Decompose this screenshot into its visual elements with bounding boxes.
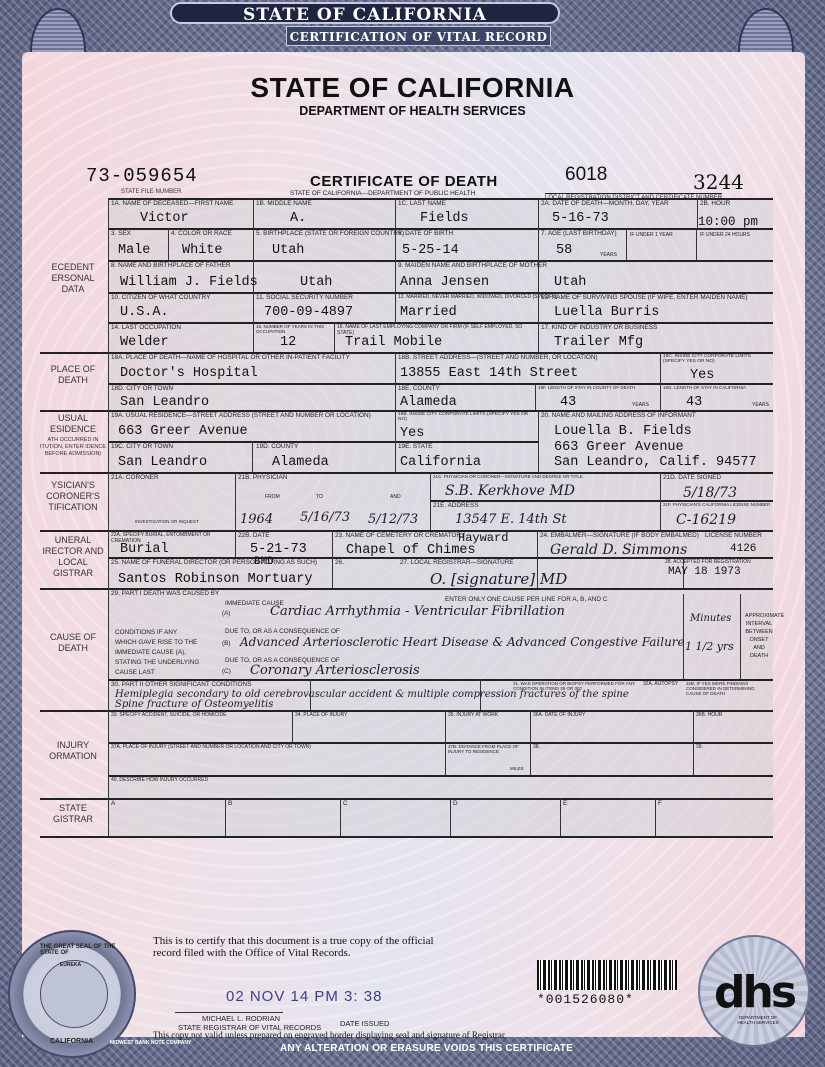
label-investigation: INVESTIGATION OR INQUEST	[135, 519, 199, 524]
label-license-number: 21f. PHYSICIAN'S CALIFORNIA LICENSE NUMB…	[663, 502, 770, 507]
seal-center	[40, 960, 108, 1028]
registrar-b: B	[228, 800, 232, 807]
registrar-c: C	[343, 800, 348, 807]
informant-street-value: 663 Greer Avenue	[554, 440, 684, 455]
rule	[538, 410, 539, 472]
hour-value: 10:00 pm	[698, 215, 758, 229]
label-injury-distance: 37b. DISTANCE FROM PLACE OF INJURY TO RE…	[448, 744, 528, 754]
label-physician-address: 21e. ADDRESS	[433, 502, 478, 509]
label-residence-city-limits: 19b. INSIDE CITY CORPORATE LIMITS (SPECI…	[398, 412, 536, 422]
label-father: 8. NAME AND BIRTHPLACE OF FATHER	[111, 262, 230, 269]
validity-note: This copy not valid unless prepared on e…	[153, 1030, 507, 1040]
label-26: 26.	[335, 559, 344, 566]
label-date-injury: 36a. DATE OF INJURY	[533, 712, 585, 718]
registrar-a: A	[111, 800, 115, 807]
label-injury-location: 37a. PLACE OF INJURY (STREET AND NUMBER …	[111, 744, 311, 750]
label-part-1: 29. PART I DEATH WAS CAUSED BY	[111, 590, 219, 597]
first-name-value: Victor	[140, 211, 189, 226]
residence-county-value: Alameda	[272, 455, 329, 470]
rule	[225, 798, 226, 836]
label-citizen: 10. CITIZEN OF WHAT COUNTRY	[111, 294, 210, 301]
certificate-number: 3244	[693, 170, 744, 194]
label-coroner: 21a. CORONER	[111, 474, 159, 481]
rule	[395, 352, 396, 472]
stay-california-value: 43	[686, 395, 702, 410]
state-file-number: 73-059654	[86, 165, 198, 187]
rule	[660, 352, 661, 410]
rule	[655, 798, 656, 836]
registrar-d: D	[453, 800, 458, 807]
label-under-24-hours: IF UNDER 24 HOURS	[700, 232, 750, 238]
label-accepted: 28. ACCEPTED FOR REGISTRATION	[665, 559, 751, 565]
sex-value: Male	[118, 243, 150, 258]
label-place-injury: 34. PLACE OF INJURY	[295, 712, 347, 718]
bank-note-label: MIDWEST BANK NOTE COMPANY	[110, 1040, 191, 1046]
label-residence-county: 19d. COUNTY	[256, 443, 298, 450]
stay-county-unit: YEARS	[632, 402, 649, 408]
label-to: TO	[316, 494, 323, 500]
registrar-signature-line	[175, 1012, 283, 1013]
label-disposition-date: 22b. DATE	[238, 532, 270, 539]
rule	[660, 472, 661, 530]
label-date-signed: 21d. DATE SIGNED	[663, 474, 721, 481]
date-signed-value: 5/18/73	[683, 485, 737, 501]
certify-line-1: This is to certify that this document is…	[153, 935, 434, 947]
label-embalmer: 24. EMBALMER—SIGNATURE (IF BODY EMBALMED…	[540, 532, 699, 539]
cause-c-value: Coronary Arteriosclerosis	[250, 663, 420, 678]
disposition-date-value: 5-21-73	[250, 542, 307, 557]
disposition-value: Burial	[120, 542, 169, 557]
section-injury: INJURY ORMATION	[40, 740, 106, 762]
father-birthplace-value: Utah	[300, 275, 332, 290]
funeral-director-initials: BMD	[254, 556, 274, 568]
informant-city-value: San Leandro, Calif. 94577	[554, 455, 757, 470]
label-from: FROM	[265, 494, 280, 500]
distance-unit: MILES	[510, 766, 524, 771]
label-cemetery: 23. NAME OF CEMETERY OR CREMATORY	[335, 532, 465, 539]
age-unit: YEARS	[600, 252, 617, 258]
label-ssn: 11. SOCIAL SECURITY NUMBER	[256, 294, 353, 301]
label-mother: 9. MAIDEN NAME AND BIRTHPLACE OF MOTHER	[398, 262, 547, 269]
rule	[253, 292, 254, 352]
section-state-registrar: STATE GISTRAR	[40, 803, 106, 825]
cause-a-interval: Minutes	[690, 613, 731, 624]
label-injury-description: 40. DESCRIBE HOW INJURY OCCURRED	[111, 777, 208, 783]
label-birthplace: 5. BIRTHPLACE (STATE OR FOREIGN COUNTRY)	[256, 230, 404, 237]
label-physician: 21b. PHYSICIAN	[238, 474, 287, 481]
label-spouse: 13. NAME OF SURVIVING SPOUSE (IF WIFE, E…	[541, 294, 748, 301]
seal-text-top: THE GREAT SEAL OF THE STATE OF	[40, 944, 134, 956]
california-seal-icon: THE GREAT SEAL OF THE STATE OF EUREKA CA…	[8, 930, 136, 1058]
rule	[445, 710, 446, 775]
cemetery-value: Chapel of Chimes	[346, 543, 476, 558]
accepted-date-value: MAY 18 1973	[668, 566, 741, 578]
page-title: STATE OF CALIFORNIA	[0, 72, 825, 104]
physician-signature: S.B. Kerkhove MD	[445, 483, 575, 499]
rule	[168, 228, 169, 260]
birthplace-value: Utah	[272, 243, 304, 258]
label-stay-county: 18f. LENGTH OF STAY IN COUNTY OF DEATH	[538, 385, 635, 390]
label-interval: APPROXIMATE INTERVAL BETWEEN ONSET AND D…	[745, 612, 773, 660]
label-age: 7. AGE (LAST BIRTHDAY)	[541, 230, 617, 237]
rule	[108, 198, 109, 836]
date-of-death-value: 5-16-73	[552, 211, 609, 226]
state-file-number-label: STATE FILE NUMBER	[121, 189, 181, 195]
cause-b-interval: 1 1/2 yrs	[685, 640, 734, 653]
rule	[340, 798, 341, 836]
rule	[235, 530, 236, 557]
certificate-subtitle: STATE OF CALIFORNIA—DEPARTMENT OF PUBLIC…	[290, 190, 475, 197]
rule	[40, 798, 773, 800]
dhs-logo: dhs	[714, 967, 794, 1018]
state-banner: STATE OF CALIFORNIA	[170, 2, 560, 24]
rule	[332, 530, 333, 588]
label-death-street: 18b. STREET ADDRESS—(STREET AND NUMBER, …	[398, 354, 598, 361]
rule	[740, 594, 741, 679]
label-autopsy: 32a. AUTOPSY	[643, 681, 678, 687]
place-of-death-value: Doctor's Hospital	[120, 366, 258, 381]
label-death-city: 18d. CITY OR TOWN	[111, 385, 173, 392]
label-accident: 33. SPECIFY ACCIDENT, SUICIDE, OR HOMICI…	[111, 712, 227, 718]
citizen-value: U.S.A.	[120, 305, 169, 320]
label-death-county: 18e. COUNTY	[398, 385, 440, 392]
spouse-value: Luella Burris	[554, 305, 659, 320]
label-sex: 3. SEX	[111, 230, 131, 237]
age-value: 58	[556, 243, 572, 258]
stay-california-unit: YEARS	[752, 402, 769, 408]
label-part-2: 30. PART II OTHER SIGNIFICANT CONDITIONS	[111, 681, 252, 688]
mother-name-value: Anna Jensen	[400, 275, 489, 290]
label-local-registrar: 27. LOCAL REGISTRAR—SIGNATURE	[400, 559, 514, 566]
alteration-warning: ANY ALTERATION OR ERASURE VOIDS THIS CER…	[280, 1043, 573, 1054]
death-county-value: Alameda	[400, 395, 457, 410]
registrar-name: MICHAEL L. RODRIAN	[202, 1014, 280, 1023]
residence-city-value: San Leandro	[118, 455, 207, 470]
label-conditions-note: CONDITIONS IF ANY WHICH GAVE RISE TO THE…	[115, 628, 200, 678]
death-street-value: 13855 East 14th Street	[400, 366, 578, 381]
label-industry: 17. KIND OF INDUSTRY OR BUSINESS	[541, 324, 657, 331]
label-middle-name: 1b. MIDDLE NAME	[256, 200, 312, 207]
label-cause-instruction: ENTER ONLY ONE CAUSE PER LINE FOR A, B, …	[445, 596, 607, 603]
local-registrar-signature: O. [signature] MD	[430, 570, 567, 588]
seal-text-bottom: CALIFORNIA	[50, 1038, 93, 1045]
dhs-subtitle: DEPARTMENT OF HEALTH SERVICES	[730, 1015, 786, 1025]
label-stay-california: 18g. LENGTH OF STAY IN CALIFORNIA	[663, 385, 746, 390]
certificate-title: CERTIFICATE OF DEATH	[310, 173, 498, 190]
label-b: (B)	[222, 640, 231, 647]
seal-motto: EUREKA	[60, 962, 81, 968]
rule	[450, 798, 451, 836]
label-due-to-b: DUE TO, OR AS A CONSEQUENCE OF	[225, 628, 340, 635]
rule	[696, 228, 697, 260]
rule	[252, 441, 253, 472]
years-occupation-value: 12	[280, 335, 296, 350]
attended-from-value: 1964	[240, 512, 273, 527]
label-place-of-death: 18a. PLACE OF DEATH—NAME OF HOSPITAL OR …	[111, 354, 350, 361]
section-decedent: ECEDENT ERSONAL DATA	[40, 262, 106, 295]
middle-name-value: A.	[290, 211, 306, 226]
section-usual-residence: USUAL ESIDENCE	[40, 413, 106, 435]
label-injury-at-work: 35. INJURY AT WORK	[448, 712, 498, 718]
residence-city-limits-value: Yes	[400, 426, 424, 441]
cemetery-city-value: Hayward	[458, 531, 508, 545]
label-funeral-director: 25. NAME OF FUNERAL DIRECTOR (OR PERSON …	[111, 559, 317, 566]
informant-name-value: Louella B. Fields	[554, 424, 692, 439]
label-operation: 31. WAS OPERATION OR BIOPSY PERFORMED FO…	[513, 681, 641, 691]
residence-state-value: California	[400, 455, 481, 470]
license-number-value: C-16219	[676, 512, 736, 528]
label-a: (A)	[222, 610, 231, 617]
label-date-of-birth: 6. DATE OF BIRTH	[398, 230, 453, 237]
death-city-value: San Leandro	[120, 395, 209, 410]
district-number: 6018	[565, 164, 607, 186]
rule	[560, 798, 561, 836]
label-hour-injury: 36b. HOUR	[696, 712, 722, 718]
rule	[535, 383, 536, 410]
rule	[334, 322, 335, 352]
section-cause-of-death: CAUSE OF DEATH	[40, 632, 106, 654]
section-funeral: UNERAL IRECTOR AND LOCAL GISTRAR	[40, 535, 106, 579]
cause-b-value: Advanced Arteriosclerotic Heart Disease …	[240, 635, 685, 649]
rule	[626, 228, 627, 260]
label-residence-street: 19a. USUAL RESIDENCE—STREET ADDRESS (STR…	[111, 412, 371, 419]
last-name-value: Fields	[420, 211, 469, 226]
label-date-of-death: 2a. DATE OF DEATH—MONTH, DAY, YEAR	[541, 200, 669, 207]
industry-value: Trailer Mfg	[554, 335, 643, 350]
date-of-birth-value: 5-25-14	[402, 243, 459, 258]
mother-birthplace-value: Utah	[554, 275, 586, 290]
other-conditions-line2: Spine fracture of Osteomyelitis	[115, 699, 273, 710]
rule	[430, 472, 431, 530]
race-value: White	[182, 243, 223, 258]
label-residence-state: 19e. STATE	[398, 443, 433, 450]
rule	[395, 198, 396, 292]
label-and: AND	[390, 494, 401, 500]
registrar-e: E	[563, 800, 567, 807]
barcode-number: *001526080*	[537, 992, 634, 1007]
label-last-name: 1c. LAST NAME	[398, 200, 446, 207]
label-race: 4. COLOR OR RACE	[171, 230, 232, 237]
label-physician-signature: 21c. PHYSICIAN OR CORONER—SIGNATURE AND …	[433, 474, 583, 479]
last-seen-value: 5/12/73	[368, 512, 418, 527]
rule	[292, 710, 293, 742]
date-stamp: 02 NOV 14 PM 3: 38	[226, 988, 382, 1005]
attended-to-value: 5/16/73	[300, 510, 350, 525]
rule	[395, 292, 396, 322]
date-issued-label: DATE ISSUED	[340, 1019, 389, 1028]
label-occupation: 14. LAST OCCUPATION	[111, 324, 181, 331]
rule	[693, 710, 694, 775]
stay-county-value: 43	[560, 395, 576, 410]
cause-a-value: Cardiac Arrhythmia - Ventricular Fibrill…	[270, 604, 565, 619]
rule	[235, 472, 236, 530]
page-subtitle: DEPARTMENT OF HEALTH SERVICES	[0, 104, 825, 118]
occupation-value: Welder	[120, 335, 169, 350]
label-c: (C)	[222, 668, 231, 675]
registrar-f: F	[658, 800, 662, 807]
father-name-value: William J. Fields	[120, 275, 258, 290]
dhs-seal-icon: dhs DEPARTMENT OF HEALTH SERVICES	[698, 935, 810, 1047]
employer-value: Trail Mobile	[345, 335, 442, 350]
barcode	[537, 960, 677, 990]
rule	[530, 710, 531, 775]
label-under-1-year: IF UNDER 1 YEAR	[630, 232, 673, 238]
label-residence-city: 19c. CITY OR TOWN	[111, 443, 173, 450]
funeral-director-value: Santos Robinson Mortuary	[118, 572, 312, 587]
label-first-name: 1a. NAME OF DECEASED—FIRST NAME	[111, 200, 233, 207]
label-marital-status: 12. MARRIED, NEVER MARRIED, WIDOWED, DIV…	[398, 294, 557, 300]
label-death-city-limits: 18c. INSIDE CITY CORPORATE LIMITS (SPECI…	[663, 354, 771, 364]
label-embalmer-license: LICENSE NUMBER	[705, 532, 762, 539]
certify-line-2: record filed with the Office of Vital Re…	[153, 947, 350, 959]
physician-address-value: 13547 E. 14th St	[455, 512, 567, 527]
rule	[538, 198, 539, 352]
ssn-value: 700-09-4897	[264, 305, 353, 320]
section-usual-residence-note: ATH OCCURRED IN ITUTION, ENTER IDENCE BE…	[40, 437, 106, 458]
embalmer-signature: Gerald D. Simmons	[550, 542, 687, 558]
section-certification: YSICIAN'S CORONER'S TIFICATION	[40, 480, 106, 513]
residence-street-value: 663 Greer Avenue	[118, 424, 248, 439]
section-place-of-death: PLACE OF DEATH	[40, 364, 106, 386]
label-hour: 2b. HOUR	[700, 200, 730, 207]
label-autopsy-findings: 32b. IF YES WERE FINDINGS CONSIDERED IN …	[686, 681, 771, 696]
rule	[40, 836, 773, 838]
embalmer-license-value: 4126	[730, 543, 756, 555]
label-39: 39.	[696, 744, 703, 750]
death-city-limits-value: Yes	[690, 368, 714, 383]
marital-status-value: Married	[400, 305, 457, 320]
label-informant: 20. NAME AND MAILING ADDRESS OF INFORMAN…	[541, 412, 696, 419]
label-years-occupation: 15. NUMBER OF YEARS IN THIS OCCUPATION	[256, 324, 331, 334]
certification-banner: CERTIFICATION OF VITAL RECORD	[286, 26, 551, 46]
label-38: 38.	[533, 744, 540, 750]
